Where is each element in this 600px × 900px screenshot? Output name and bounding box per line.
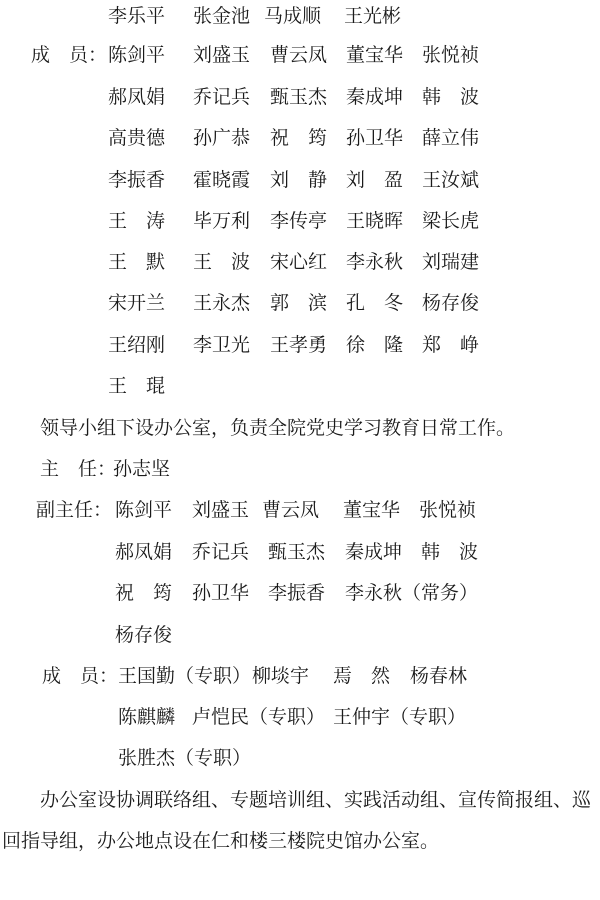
- member-name: 徐 隆: [346, 334, 403, 356]
- member-name: 李乐平: [108, 5, 165, 27]
- office-member-name: 卢恺民（专职）: [192, 706, 325, 728]
- member-name: 刘 静: [270, 169, 327, 191]
- member-name: 王永杰: [193, 292, 250, 314]
- deputy-name: 李振香: [268, 582, 325, 604]
- deputy-row: 陈剑平 刘盛玉 曹云凤 董宝华 张悦祯: [0, 499, 600, 521]
- member-name: 霍晓霞: [193, 169, 250, 191]
- member-name: 王 琨: [108, 375, 165, 397]
- member-name: 李永秋: [346, 251, 403, 273]
- member-name: 张金池: [193, 5, 250, 27]
- member-name: 郑 峥: [422, 334, 479, 356]
- member-name: 董宝华: [346, 44, 403, 66]
- closing-paragraph-line-1: 办公室设协调联络组、专题培训组、实践活动组、宣传简报组、巡: [40, 789, 591, 811]
- member-name: 张悦祯: [422, 44, 479, 66]
- member-name: 祝 筠: [270, 127, 327, 149]
- member-name: 孔 冬: [346, 292, 403, 314]
- member-name: 王 涛: [108, 210, 165, 232]
- deputy-row: 郝凤娟 乔记兵 甄玉杰 秦成坤 韩 波: [0, 541, 600, 563]
- members-row: 王 琨: [0, 375, 600, 397]
- member-name: 高贵德: [108, 127, 165, 149]
- office-members-row: 张胜杰（专职）: [0, 747, 600, 769]
- member-name: 韩 波: [422, 86, 479, 108]
- office-intro-text: 领导小组下设办公室，负责全院党史学习教育日常工作。: [40, 417, 515, 439]
- deputy-name: 郝凤娟: [115, 541, 172, 563]
- members-row: 王 涛 毕万利 李传亭 王晓晖 梁长虎: [0, 210, 600, 232]
- deputy-name: 杨存俊: [115, 624, 172, 646]
- deputy-name: 甄玉杰: [268, 541, 325, 563]
- office-members-row: 王国勤（专职） 柳埮宇 焉 然 杨春林: [0, 665, 600, 687]
- member-name: 杨存俊: [422, 292, 479, 314]
- closing-paragraph-line-2: 回指导组，办公地点设在仁和楼三楼院史馆办公室。: [2, 830, 439, 852]
- deputy-name: 祝 筠: [115, 582, 172, 604]
- office-member-name: 王国勤（专职）: [118, 665, 251, 687]
- member-name: 王汝斌: [422, 169, 479, 191]
- member-name: 薛立伟: [422, 127, 479, 149]
- members-row: 郝凤娟 乔记兵 甄玉杰 秦成坤 韩 波: [0, 86, 600, 108]
- deputy-name: 张悦祯: [419, 499, 476, 521]
- leading-group-row-0: 李乐平 张金池 马成顺 王光彬: [0, 5, 600, 27]
- member-name: 孙广恭: [193, 127, 250, 149]
- deputy-name: 乔记兵: [192, 541, 249, 563]
- member-name: 孙卫华: [346, 127, 403, 149]
- member-name: 刘瑞建: [422, 251, 479, 273]
- office-member-name: 王仲宇（专职）: [333, 706, 466, 728]
- member-name: 王光彬: [344, 5, 401, 27]
- deputy-name: 刘盛玉: [192, 499, 249, 521]
- member-name: 秦成坤: [346, 86, 403, 108]
- deputy-row: 祝 筠 孙卫华 李振香 李永秋（常务）: [0, 582, 600, 604]
- member-name: 王 默: [108, 251, 165, 273]
- members-row: 李振香 霍晓霞 刘 静 刘 盈 王汝斌: [0, 169, 600, 191]
- member-name: 甄玉杰: [270, 86, 327, 108]
- office-member-name: 柳埮宇: [252, 665, 309, 687]
- deputy-name: 秦成坤: [345, 541, 402, 563]
- deputy-name: 李永秋（常务）: [345, 582, 478, 604]
- deputy-name: 孙卫华: [192, 582, 249, 604]
- deputy-name: 曹云凤: [262, 499, 319, 521]
- member-name: 郝凤娟: [108, 86, 165, 108]
- office-member-name: 陈麒麟: [118, 706, 175, 728]
- member-name: 王 波: [193, 251, 250, 273]
- members-row: 高贵德 孙广恭 祝 筠 孙卫华 薛立伟: [0, 127, 600, 149]
- deputy-name: 陈剑平: [115, 499, 172, 521]
- member-name: 李卫光: [193, 334, 250, 356]
- member-name: 宋开兰: [108, 292, 165, 314]
- member-name: 陈剑平: [108, 44, 165, 66]
- member-name: 王晓晖: [346, 210, 403, 232]
- member-name: 郭 滨: [270, 292, 327, 314]
- members-row: 宋开兰 王永杰 郭 滨 孔 冬 杨存俊: [0, 292, 600, 314]
- members-row: 陈剑平 刘盛玉 曹云凤 董宝华 张悦祯: [0, 44, 600, 66]
- office-member-name: 杨春林: [410, 665, 467, 687]
- deputy-row: 杨存俊: [0, 624, 600, 646]
- member-name: 马成顺: [264, 5, 321, 27]
- deputy-name: 韩 波: [421, 541, 478, 563]
- member-name: 曹云凤: [270, 44, 327, 66]
- office-members-row: 陈麒麟 卢恺民（专职） 王仲宇（专职）: [0, 706, 600, 728]
- office-member-name: 张胜杰（专职）: [118, 747, 251, 769]
- member-name: 刘盛玉: [193, 44, 250, 66]
- member-name: 毕万利: [193, 210, 250, 232]
- member-name: 梁长虎: [422, 210, 479, 232]
- members-row: 王 默 王 波 宋心红 李永秋 刘瑞建: [0, 251, 600, 273]
- member-name: 李振香: [108, 169, 165, 191]
- office-member-name: 焉 然: [333, 665, 390, 687]
- member-name: 宋心红: [270, 251, 327, 273]
- director-label: 主 任：: [40, 458, 116, 480]
- member-name: 王绍刚: [108, 334, 165, 356]
- member-name: 王孝勇: [270, 334, 327, 356]
- member-name: 乔记兵: [193, 86, 250, 108]
- member-name: 李传亭: [270, 210, 327, 232]
- members-row: 王绍刚 李卫光 王孝勇 徐 隆 郑 峥: [0, 334, 600, 356]
- director-name: 孙志坚: [113, 458, 170, 480]
- member-name: 刘 盈: [346, 169, 403, 191]
- deputy-name: 董宝华: [343, 499, 400, 521]
